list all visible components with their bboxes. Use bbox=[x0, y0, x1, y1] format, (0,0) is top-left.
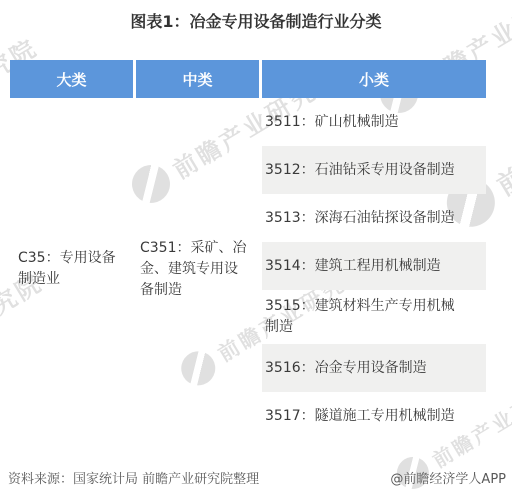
column-header-middle: 中类 bbox=[136, 60, 259, 98]
minor-category-label: 3516：冶金专用设备制造 bbox=[265, 358, 461, 379]
minor-category-label: 3514：建筑工程用机械制造 bbox=[265, 256, 461, 277]
minor-category-row: 3512：石油钻采专用设备制造 bbox=[262, 146, 486, 194]
figure-page: 图表1：冶金专用设备制造行业分类 前瞻产业研究院 前瞻产业研究院 前瞻产业研究院… bbox=[0, 0, 512, 493]
middle-category-label: C351：采矿、冶金、建筑专用设备制造 bbox=[140, 238, 248, 301]
minor-category-row: 3513：深海石油钻探设备制造 bbox=[262, 194, 486, 242]
table-header-row: 大类 中类 小类 bbox=[10, 60, 486, 98]
table-body: C35：专用设备制造业 C351：采矿、冶金、建筑专用设备制造 3511：矿山机… bbox=[10, 98, 486, 440]
minor-category-row: 3511：矿山机械制造 bbox=[262, 98, 486, 146]
minor-category-list: 3511：矿山机械制造 3512：石油钻采专用设备制造 3513：深海石油钻探设… bbox=[262, 98, 486, 440]
minor-category-label: 3511：矿山机械制造 bbox=[265, 112, 461, 133]
middle-category-cell: C351：采矿、冶金、建筑专用设备制造 bbox=[136, 98, 262, 440]
major-category-label: C35：专用设备制造业 bbox=[18, 248, 116, 290]
major-category-cell: C35：专用设备制造业 bbox=[10, 98, 136, 440]
minor-category-row: 3515：建筑材料生产专用机械制造 bbox=[262, 290, 486, 344]
minor-category-label: 3513：深海石油钻探设备制造 bbox=[265, 208, 461, 229]
minor-category-row: 3516：冶金专用设备制造 bbox=[262, 344, 486, 392]
page-title: 图表1：冶金专用设备制造行业分类 bbox=[0, 9, 512, 32]
minor-category-label: 3517：隧道施工专用机械制造 bbox=[265, 406, 461, 427]
column-header-major: 大类 bbox=[10, 60, 133, 98]
column-header-minor: 小类 bbox=[262, 60, 486, 98]
minor-category-row: 3517：隧道施工专用机械制造 bbox=[262, 392, 486, 440]
source-note: 资料来源：国家统计局 前瞻产业研究院整理 bbox=[8, 468, 259, 487]
minor-category-label: 3512：石油钻采专用设备制造 bbox=[265, 160, 461, 181]
app-credit: @前瞻经济学人APP bbox=[390, 468, 506, 487]
classification-table: 大类 中类 小类 C35：专用设备制造业 C351：采矿、冶金、建筑专用设备制造… bbox=[10, 60, 486, 440]
footer: 资料来源：国家统计局 前瞻产业研究院整理 @前瞻经济学人APP bbox=[8, 468, 506, 487]
minor-category-row: 3514：建筑工程用机械制造 bbox=[262, 242, 486, 290]
minor-category-label: 3515：建筑材料生产专用机械制造 bbox=[265, 296, 461, 338]
watermark-text: 前瞻产业研究院 bbox=[488, 61, 512, 203]
